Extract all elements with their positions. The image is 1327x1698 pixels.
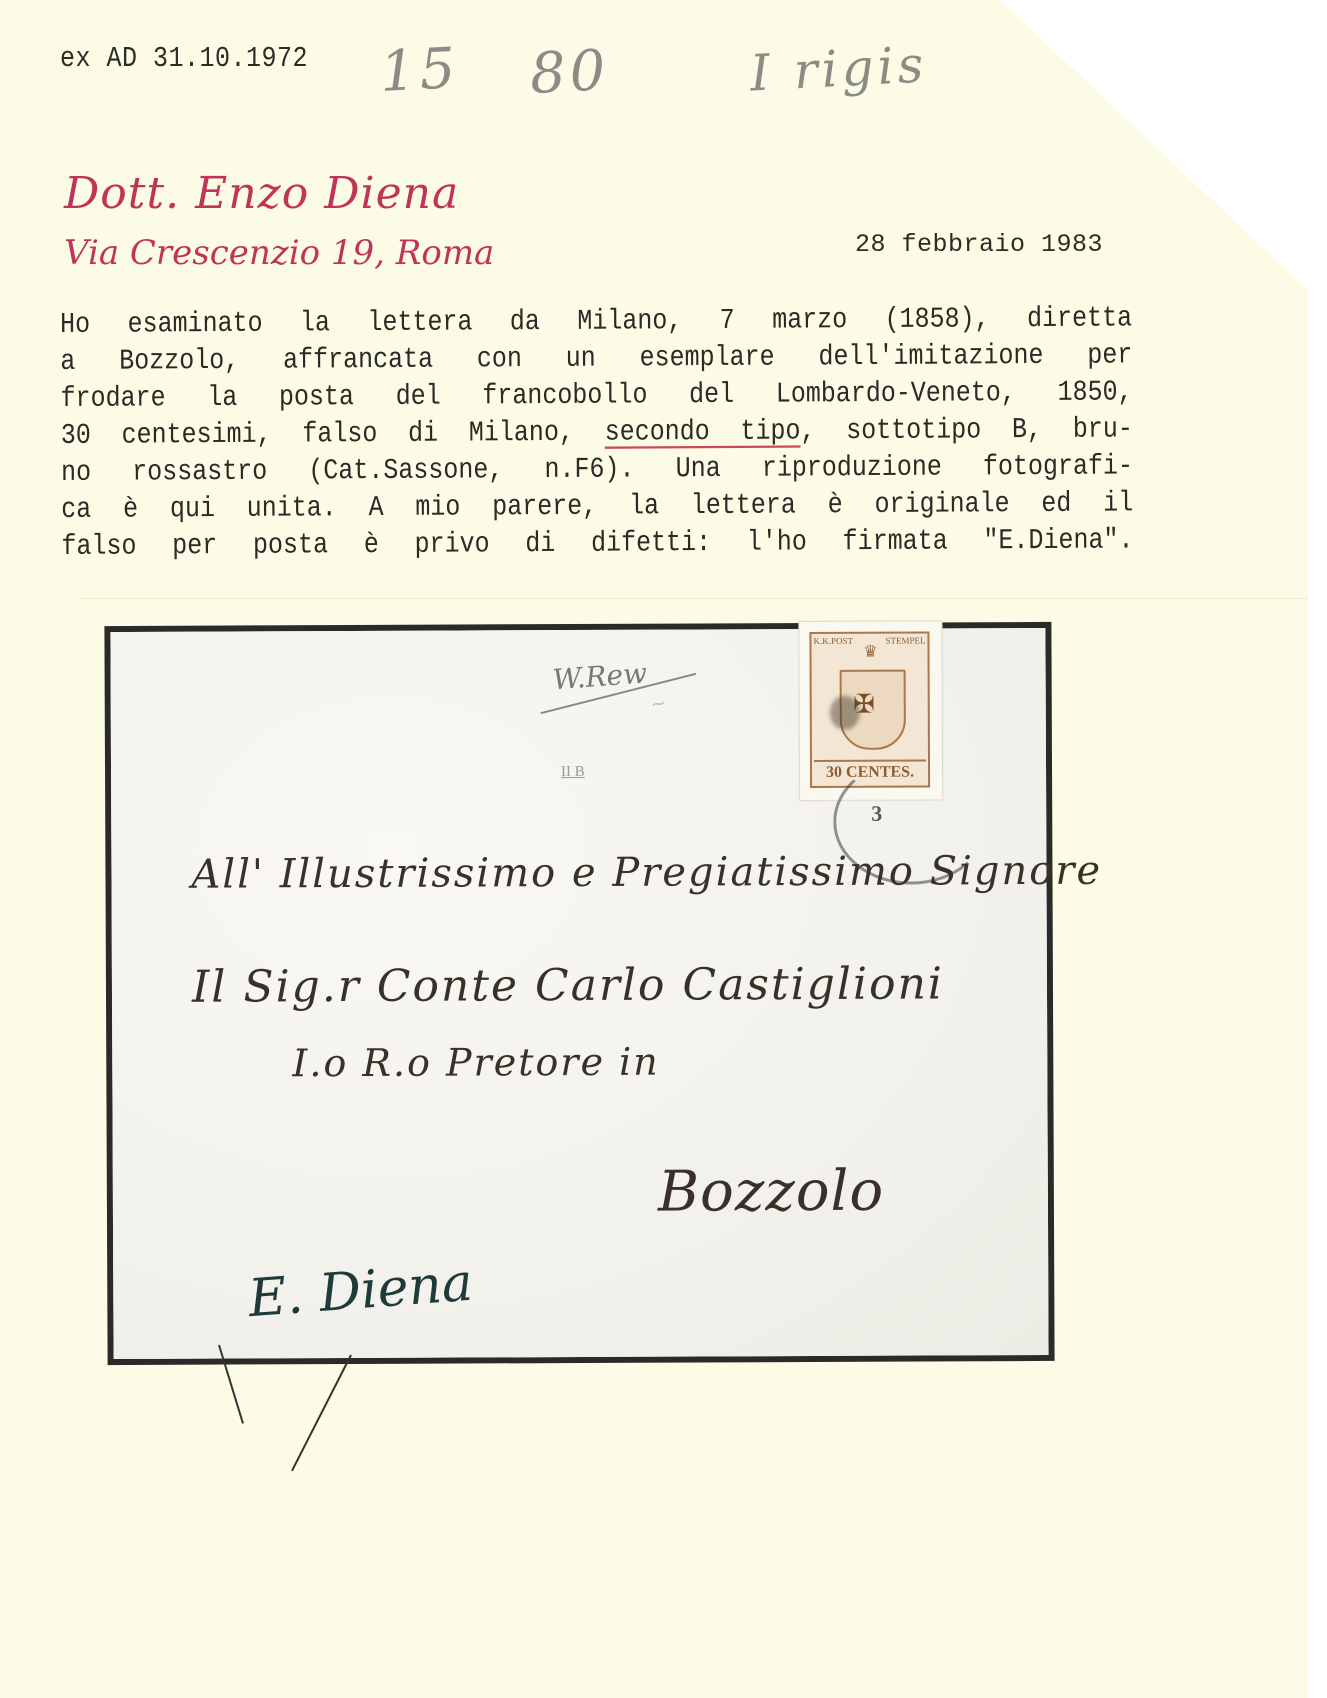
address-line-1: All' Illustrissimo e Pregiatissimo Signo… [191,848,1102,898]
address-line-3: I.o R.o Pretore in [292,1040,660,1086]
pencil-note-2: 80 [528,38,611,107]
certificate-date: 28 febbraio 1983 [855,230,1103,259]
fold-line [80,598,1308,599]
provenance-reference: ex AD 31.10.1972 [60,42,308,75]
certificate-body: Ho esaminato la lettera da Milano, 7 mar… [60,299,1134,565]
address-line-2: Il Sig.r Conte Carlo Castiglioni [192,958,944,1012]
underlined-type: secondo tipo [605,414,801,449]
crown-icon: ♛ [855,644,885,662]
stamp-cancellation [830,696,860,730]
body-line: falso per posta è privo di difetti: l'ho… [61,519,1133,568]
postmark-number: 3 [871,801,882,827]
pencil-note-3: I rigis [749,35,929,102]
letterhead-address: Via Crescenzio 19, Roma [64,233,494,273]
pencil-note-1: 15 [378,36,461,105]
letterhead-name: Dott. Enzo Diena [64,168,459,219]
type-mark: II B [561,764,585,781]
address-destination: Bozzolo [658,1159,885,1225]
envelope-photo: W.Rew ~ II B K.K.POST STEMPEL ♛ ✠ 30 CEN… [104,622,1054,1365]
